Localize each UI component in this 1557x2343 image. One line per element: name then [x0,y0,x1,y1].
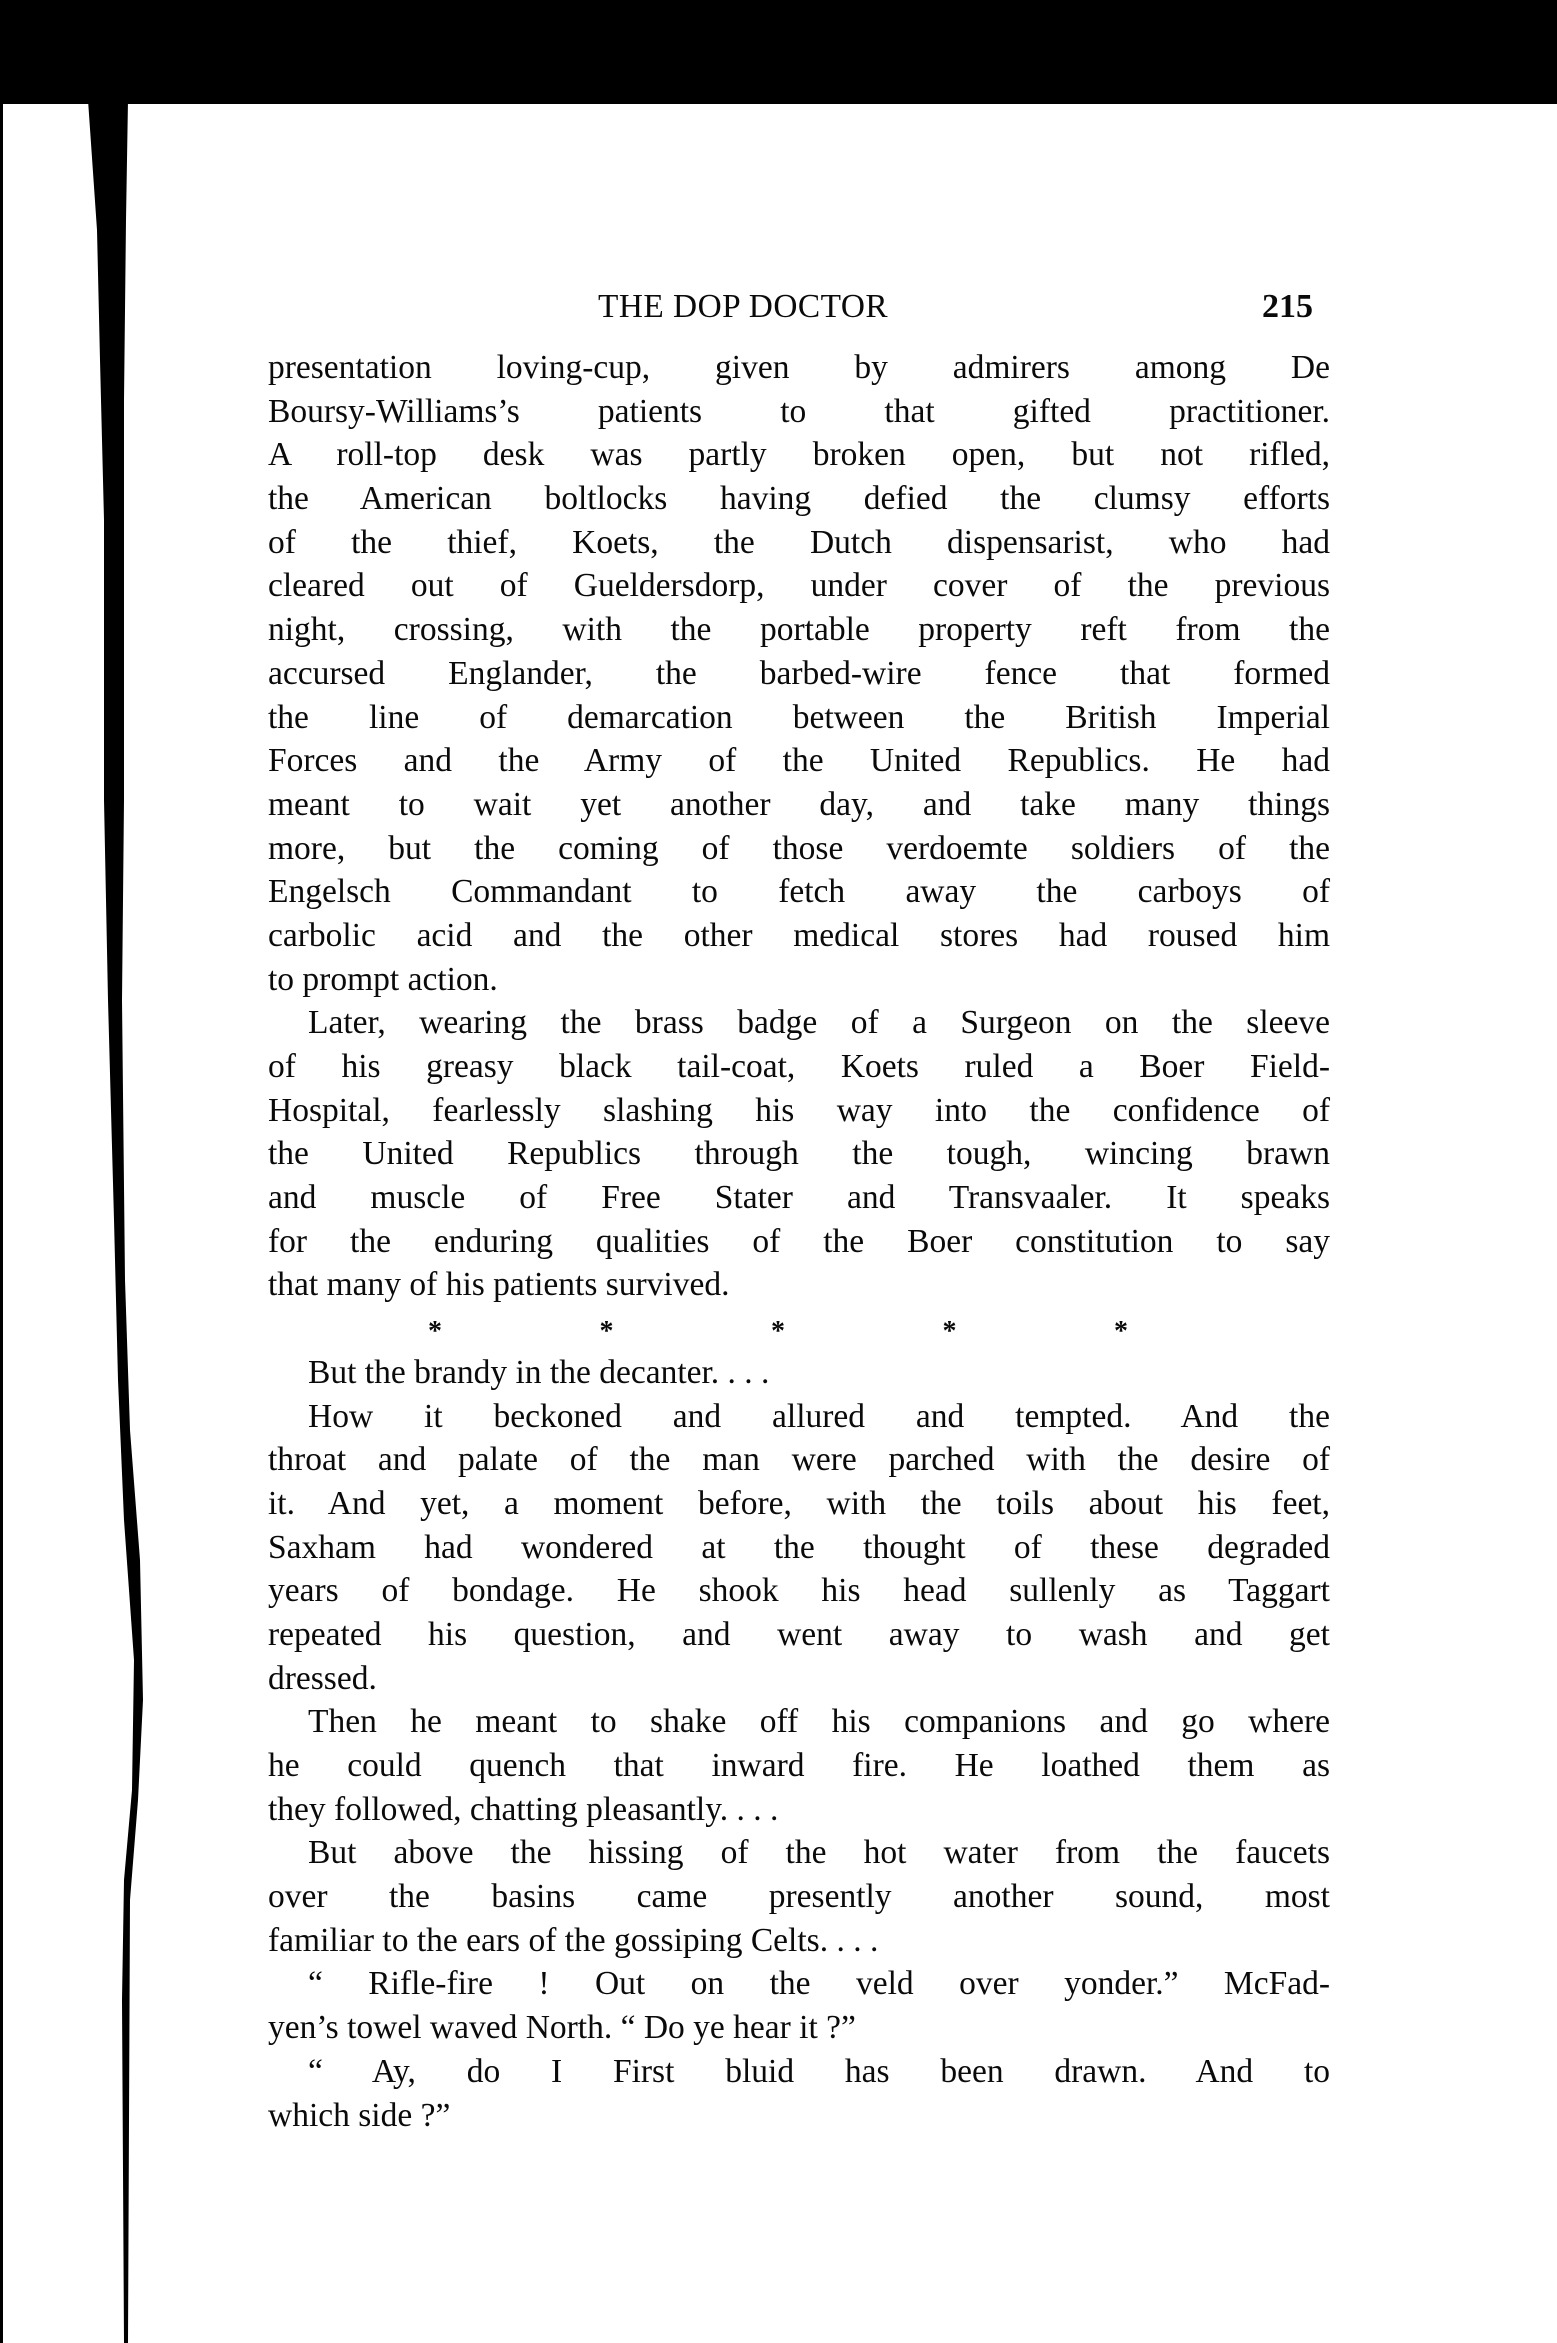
book-binding-gutter [0,100,160,2343]
text-line: “ Ay, do I First bluid has been drawn. A… [268,2050,1330,2094]
text-line: over the basins came presently another s… [268,1875,1330,1919]
text-line: the line of demarcation between the Brit… [268,696,1330,740]
text-line: yen’s towel waved North. “ Do ye hear it… [268,2006,1330,2050]
text-line: Forces and the Army of the United Republ… [268,739,1330,783]
asterisk: * [771,1307,785,1351]
text-line: Then he meant to shake off his companion… [268,1700,1330,1744]
text-line: Boursy-Williams’s patients to that gifte… [268,390,1330,434]
text-line: they followed, chatting pleasantly. . . … [268,1788,1330,1832]
text-line: But above the hissing of the hot water f… [268,1831,1330,1875]
paragraph: But above the hissing of the hot water f… [268,1831,1330,1962]
text-line: Engelsch Commandant to fetch away the ca… [268,870,1330,914]
text-line: carbolic acid and the other medical stor… [268,914,1330,958]
page-number: 215 [1262,284,1313,330]
asterisk: * [600,1307,614,1351]
text-line: dressed. [268,1657,1330,1701]
section-break: * * * * * [428,1307,1128,1351]
text-line: Hospital, fearlessly slashing his way in… [268,1089,1330,1133]
text-line: night, crossing, with the portable prope… [268,608,1330,652]
text-line: Later, wearing the brass badge of a Surg… [268,1001,1330,1045]
text-line: years of bondage. He shook his head sull… [268,1569,1330,1613]
text-line: Saxham had wondered at the thought of th… [268,1526,1330,1570]
asterisk: * [1114,1307,1128,1351]
paragraph: Later, wearing the brass badge of a Surg… [268,1001,1330,1307]
text-line: to prompt action. [268,958,1330,1002]
text-line: it. And yet, a moment before, with the t… [268,1482,1330,1526]
text-line: throat and palate of the man were parche… [268,1438,1330,1482]
text-line: and muscle of Free Stater and Transvaale… [268,1176,1330,1220]
text-line: which side ?” [268,2094,1330,2138]
text-line: he could quench that inward fire. He loa… [268,1744,1330,1788]
body-text: presentation loving-cup, given by admire… [268,346,1330,2137]
text-line: presentation loving-cup, given by admire… [268,346,1330,390]
asterisk: * [428,1307,442,1351]
text-line: accursed Englander, the barbed-wire fenc… [268,652,1330,696]
text-line: But the brandy in the decanter. . . . [268,1351,1330,1395]
text-line: the United Republics through the tough, … [268,1132,1330,1176]
text-line: the American boltlocks having defied the… [268,477,1330,521]
paragraph: Then he meant to shake off his companion… [268,1700,1330,1831]
text-line: “ Rifle-fire ! Out on the veld over yond… [268,1962,1330,2006]
paragraph: “ Rifle-fire ! Out on the veld over yond… [268,1962,1330,2049]
text-line: meant to wait yet another day, and take … [268,783,1330,827]
text-line: of the thief, Koets, the Dutch dispensar… [268,521,1330,565]
text-line: for the enduring qualities of the Boer c… [268,1220,1330,1264]
binding-shadow-icon [0,100,160,2343]
text-line: that many of his patients survived. [268,1263,1330,1307]
paragraph: presentation loving-cup, given by admire… [268,346,1330,1001]
paragraph: How it beckoned and allured and tempted.… [268,1395,1330,1701]
running-head: THE DOP DOCTOR 215 [0,284,1557,330]
text-line: A roll-top desk was partly broken open, … [268,433,1330,477]
paragraph: “ Ay, do I First bluid has been drawn. A… [268,2050,1330,2137]
paragraph: But the brandy in the decanter. . . . [268,1351,1330,1395]
text-line: How it beckoned and allured and tempted.… [268,1395,1330,1439]
text-line: familiar to the ears of the gossiping Ce… [268,1919,1330,1963]
asterisk: * [943,1307,957,1351]
text-line: more, but the coming of those verdoemte … [268,827,1330,871]
text-line: repeated his question, and went away to … [268,1613,1330,1657]
text-line: cleared out of Gueldersdorp, under cover… [268,564,1330,608]
text-line: of his greasy black tail-coat, Koets rul… [268,1045,1330,1089]
scan-top-border [0,0,1557,104]
running-title: THE DOP DOCTOR [598,284,888,330]
